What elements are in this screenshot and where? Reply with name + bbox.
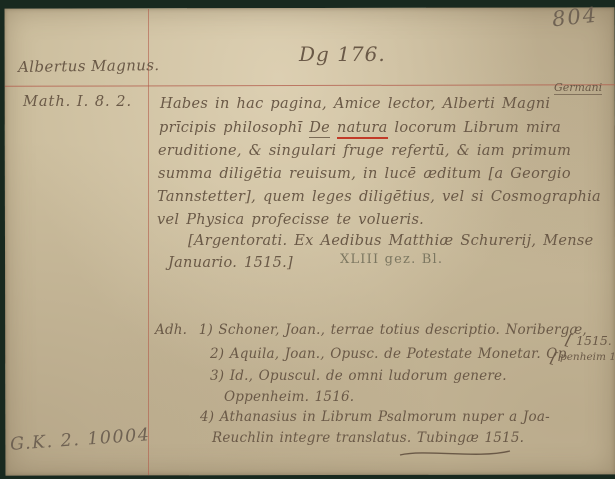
entry-line-3: eruditione, & singulari fruge refertū, &…: [158, 143, 571, 159]
scanned-catalog-card-photo: { "page": { "corner_number": "804", "acc…: [0, 0, 615, 479]
entry-line-5: Tannstetter], quem leges diligētius, vel…: [157, 189, 601, 205]
title-word-de: De: [309, 120, 330, 138]
classmark: Math. I. 8. 2.: [23, 94, 132, 110]
author-heading: Albertus Magnus.: [18, 56, 160, 76]
entry-line-1: Habes in hac pagina, Amice lector, Alber…: [160, 96, 550, 112]
adh-item-3: 3) Id., Opuscul. de omni ludorum genere.: [210, 368, 507, 384]
imprint-line-1: [Argentorati. Ex Aedibus Matthiæ Schurer…: [188, 233, 593, 249]
flourish-swash: [398, 447, 513, 459]
vertical-red-rule: [148, 9, 149, 475]
side-note-line-2: penheim 1516.: [560, 351, 615, 363]
germani-superscript: Germani: [554, 81, 602, 95]
title-word-natura-red-underlined: natura: [337, 120, 388, 139]
entry-line-2-sep: [330, 120, 337, 136]
adh-item-1: Adh. 1) Schoner, Joan., terrae totius de…: [155, 322, 587, 338]
accession-number: G.K. 2. 10004: [9, 425, 151, 455]
entry-line-2: prīcipis philosophī De natura locorum Li…: [159, 120, 561, 136]
corner-number: 804: [551, 3, 599, 32]
adh-item-3-continuation: Oppenheim. 1516.: [224, 389, 354, 405]
entry-line-6: vel Physica profecisse te volueris.: [157, 212, 424, 228]
side-note-line-1: 1515.: [576, 333, 612, 348]
adh-item-4: 4) Athanasius in Librum Psalmorum nuper …: [200, 409, 550, 425]
adh-prefix: Adh.: [155, 322, 187, 338]
entry-line-2-post: locorum Librum mira: [388, 120, 562, 136]
collation-note: XLIII gez. Bl.: [340, 252, 443, 267]
adh-item-4-continuation: Reuchlin integre translatus. Tubingæ 151…: [212, 430, 524, 446]
card-content: 804 Dg 176. Albertus Magnus. Math. I. 8.…: [0, 0, 615, 479]
adh-item-1-text: 1) Schoner, Joan., terrae totius descrip…: [199, 322, 587, 338]
entry-line-4: summa diligētia reuisum, in lucē æditum …: [158, 166, 571, 182]
adh-item-2: 2) Aquila, Joan., Opusc. de Potestate Mo…: [210, 346, 566, 362]
horizontal-red-rule: [5, 84, 615, 87]
imprint-line-2: Januario. 1515.]: [168, 255, 293, 271]
shelfmark: Dg 176.: [299, 42, 386, 66]
entry-line-2-pre: prīcipis philosophī: [159, 120, 309, 136]
